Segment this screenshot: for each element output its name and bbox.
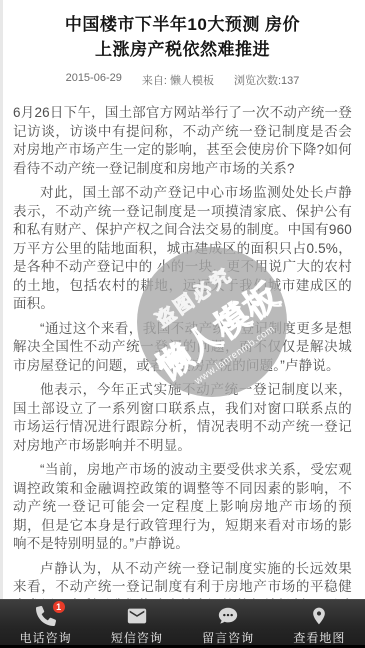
nav-label: 短信咨询 [111, 629, 163, 646]
view-count: 浏览次数:137 [234, 72, 299, 88]
nav-item-view-map[interactable]: 查看地图 [274, 600, 365, 648]
nav-label: 留言咨询 [202, 629, 254, 646]
page-title-line-1: 中国楼市下半年10大预测 房价 [26, 12, 339, 37]
notification-badge: 1 [53, 601, 65, 613]
bottom-nav-bar: 1 电话咨询 短信咨询 留言咨询 [0, 599, 365, 648]
article-paragraph: 6月26日下午，国土部官方网站举行了一次不动产统一登记访谈，访谈中有提问称，不动… [13, 104, 352, 178]
article-header: 中国楼市下半年10大预测 房价 上涨房产税依然难推进 2015-06-29 来自… [0, 0, 365, 88]
map-pin-icon [309, 605, 329, 627]
article-paragraph: 对此，国土部不动产登记中心市场监测处处长卢静表示，不动产统一登记制度是一项摸清家… [13, 184, 352, 314]
nav-item-message-consult[interactable]: 留言咨询 [183, 600, 274, 648]
article-body: 6月26日下午，国土部官方网站举行了一次不动产统一登记访谈，访谈中有提问称，不动… [0, 88, 365, 648]
nav-label: 电话咨询 [20, 629, 72, 646]
page-title-line-2: 上涨房产税依然难推进 [26, 37, 339, 62]
phone-icon: 1 [36, 605, 56, 627]
nav-item-phone-consult[interactable]: 1 电话咨询 [0, 600, 91, 648]
article-paragraph: “当前，房地产市场的波动主要受供求关系，受宏观调控政策和金融调控政策的调整等不同… [13, 461, 352, 554]
mail-icon [126, 605, 148, 627]
article-meta: 2015-06-29 来自: 懒人模板 浏览次数:137 [26, 72, 339, 88]
chat-icon [217, 605, 239, 627]
nav-item-sms-consult[interactable]: 短信咨询 [91, 600, 182, 648]
nav-label: 查看地图 [293, 629, 345, 646]
article-paragraph: 他表示，今年正式实施不动产统一登记制度以来，国土部设立了一系列窗口联系点，我们对… [13, 381, 352, 455]
mobile-article-page: 中国楼市下半年10大预测 房价 上涨房产税依然难推进 2015-06-29 来自… [0, 0, 365, 648]
publish-date: 2015-06-29 [66, 72, 122, 88]
source-label: 来自: 懒人模板 [142, 72, 214, 88]
article-paragraph: “通过这个来看，我国不动产统一登记制度更多是想解决全国性不动产统一登记的问题，而… [13, 320, 352, 376]
